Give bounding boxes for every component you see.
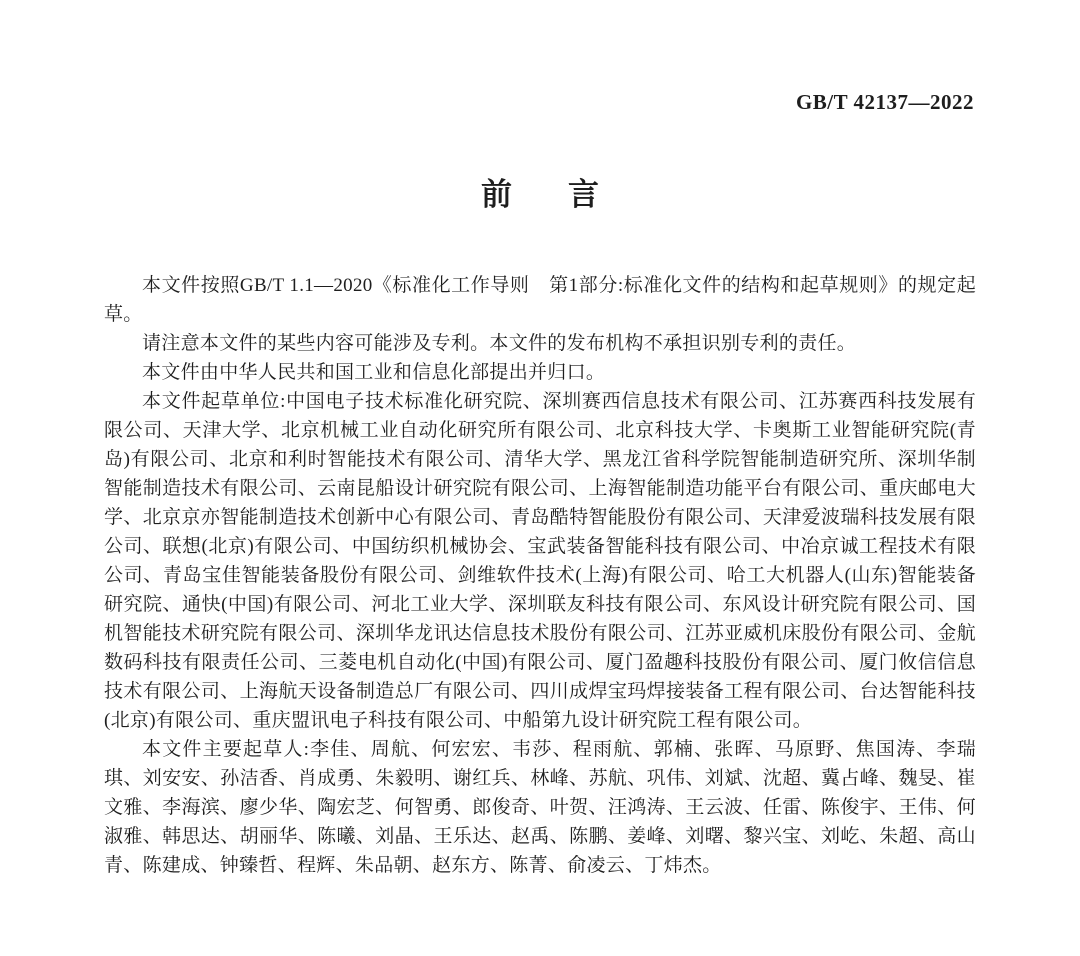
- paragraph-drafting-basis: 本文件按照GB/T 1.1—2020《标准化工作导则 第1部分:标准化文件的结构…: [104, 271, 976, 329]
- paragraph-main-drafters: 本文件主要起草人:李佳、周航、何宏宏、韦莎、程雨航、郭楠、张晖、马原野、焦国涛、…: [104, 735, 976, 880]
- title-char-yan: 言: [568, 176, 599, 213]
- paragraph-drafting-organizations: 本文件起草单位:中国电子技术标准化研究院、深圳赛西信息技术有限公司、江苏赛西科技…: [104, 387, 976, 735]
- page-title: 前 言: [0, 176, 1080, 213]
- document-page: GB/T 42137—2022 前 言 本文件按照GB/T 1.1—2020《标…: [0, 0, 1080, 956]
- standard-number: GB/T 42137—2022: [796, 90, 974, 115]
- title-char-qian: 前: [481, 176, 512, 213]
- paragraph-issuing-body: 本文件由中华人民共和国工业和信息化部提出并归口。: [104, 358, 976, 387]
- paragraph-patent-notice: 请注意本文件的某些内容可能涉及专利。本文件的发布机构不承担识别专利的责任。: [104, 329, 976, 358]
- foreword-content: 本文件按照GB/T 1.1—2020《标准化工作导则 第1部分:标准化文件的结构…: [104, 271, 976, 880]
